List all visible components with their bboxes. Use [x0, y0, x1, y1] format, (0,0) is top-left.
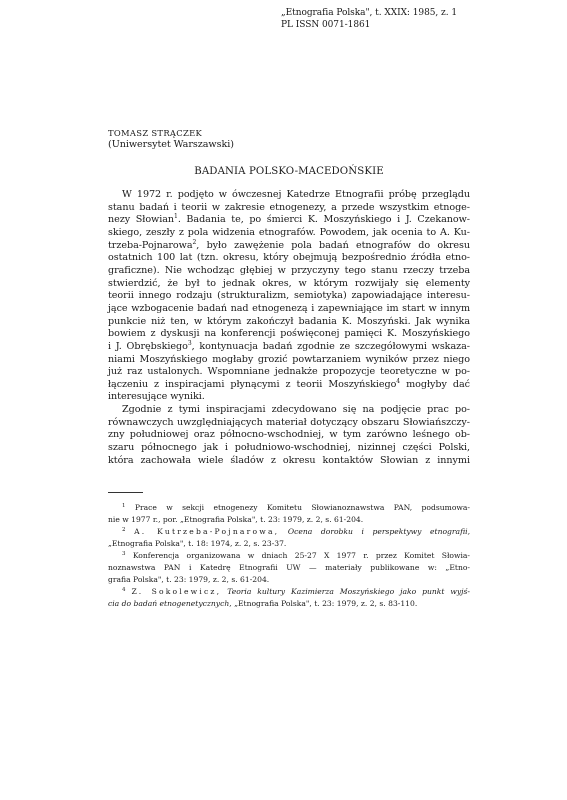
footnote-divider — [108, 492, 143, 493]
text-line: skiego, zeszły z pola widzenia etnografó… — [108, 227, 470, 239]
footnote-3-cont: grafia Polska", t. 23: 1979, z. 2, s. 61… — [108, 575, 470, 585]
text-line: szaru północnego jak i południowo-wschod… — [108, 442, 470, 454]
text-line: graficzne). Nie wchodząc głębiej w przyc… — [108, 265, 470, 277]
text-line: zny południowej oraz północno-wschodniej… — [108, 429, 470, 441]
footnote-2: 2 A. Kutrzeba-Pojnarowa, Ocena dorobku i… — [108, 527, 470, 537]
footnote-3: 3 Konferencja organizowana w dniach 25-2… — [108, 551, 470, 561]
footnote-2-cont: „Etnografia Polska", t. 18: 1974, z. 2, … — [108, 539, 470, 549]
text-line: łączeniu z inspiracjami płynącymi z teor… — [108, 379, 470, 391]
text-line: punkcie niż ten, w którym zakończył bada… — [108, 316, 470, 328]
text-line: stwierdzić, że był to jednak okres, w kt… — [108, 278, 470, 290]
footnote-3-cont: noznawstwa PAN i Katedrę Etnografii UW —… — [108, 563, 470, 573]
text-line: równawczych uwzględniających materiał do… — [108, 417, 470, 429]
text-line: już raz ustalonych. Wspomniane jednakże … — [108, 366, 470, 378]
text-line: trzeba-Pojnarowa2, było zawężenie pola b… — [108, 240, 470, 252]
text-line: niami Moszyńskiego mogłaby grozić powtar… — [108, 354, 470, 366]
text-line: i J. Obrębskiego3, kontynuacja badań zgo… — [108, 341, 470, 353]
footnote-1-cont: nie w 1977 r., por. „Etnografia Polska",… — [108, 515, 470, 525]
text-line: teorii innego rodzaju (strukturalizm, se… — [108, 290, 470, 302]
footnote-4: 4 Z. Sokolewicz, Teoria kultury Kazimier… — [108, 587, 470, 597]
footnote-1: 1 Prace w sekcji etnogenezy Komitetu Sło… — [108, 503, 470, 513]
text-line: stanu badań i teorii w zakresie etnogene… — [108, 202, 470, 214]
author-affiliation: (Uniwersytet Warszawski) — [108, 139, 234, 151]
text-line: ostatnich 100 lat (tzn. okresu, który ob… — [108, 252, 470, 264]
text-line: bowiem z dyskusji na konferencji poświęc… — [108, 328, 470, 340]
issn: PL ISSN 0071-1861 — [281, 20, 370, 31]
text-line: która zachowała wiele śladów z okresu ko… — [108, 455, 470, 467]
author-name: TOMASZ STRĄCZEK — [108, 127, 202, 139]
footnote-4-cont: cia do badań etnogenetycznych, „Etnograf… — [108, 599, 470, 609]
text-line: interesujące wyniki. — [108, 391, 470, 403]
text-line: jące wzbogacenie badań nad etnogenezą i … — [108, 303, 470, 315]
journal-citation: „Etnografia Polska", t. XXIX: 1985, z. 1 — [281, 8, 457, 19]
article-title: BADANIA POLSKO-MACEDOŃSKIE — [108, 166, 470, 178]
text-line: Zgodnie z tymi inspiracjami zdecydowano … — [108, 404, 470, 416]
text-line: nezy Słowian1. Badania te, po śmierci K.… — [108, 214, 470, 226]
text-line: W 1972 r. podjęto w ówczesnej Katedrze E… — [108, 189, 470, 201]
